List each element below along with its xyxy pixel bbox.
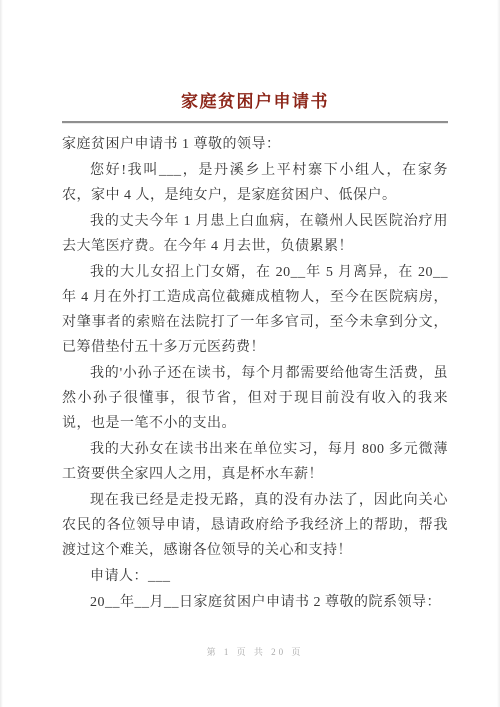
paragraph: 家庭贫困户申请书 1 尊敬的领导： [62,132,448,157]
page-left-edge [0,0,3,707]
document-body: 家庭贫困户申请书 1 尊敬的领导：您好!我叫___，是丹溪乡上平村寨下小组人，在… [62,132,448,615]
paragraph: 现在我已经是走投无路，真的没有办法了，因此向关心农民的各位领导申请，恳请政府给予… [62,488,448,563]
page-number-indicator: 第 1 页 共 20 页 [62,645,448,658]
paragraph: 我的丈夫今年 1 月患上白血病，在赣州人民医院治疗用去大笔医疗费。在今年 4 月… [62,209,448,259]
document-title: 家庭贫困户申请书 [62,92,448,111]
document-content: 家庭贫困户申请书 家庭贫困户申请书 1 尊敬的领导：您好!我叫___，是丹溪乡上… [62,0,448,707]
document-page: 家庭贫困户申请书 家庭贫困户申请书 1 尊敬的领导：您好!我叫___，是丹溪乡上… [0,0,500,707]
paragraph: 您好!我叫___，是丹溪乡上平村寨下小组人，在家务农，家中 4 人，是纯女户，是… [62,158,448,208]
title-divider [62,121,448,123]
paragraph: 我的'小孙子还在读书，每个月都需要给他寄生活费，虽然小孙子很懂事，很节省，但对于… [62,361,448,436]
paragraph: 我的大儿女招上门女婿，在 20__年 5 月离异，在 20__年 4 月在外打工… [62,260,448,360]
paragraph: 20__年__月__日家庭贫困户申请书 2 尊敬的院系领导： [62,590,448,615]
paragraph: 我的大孙女在读书出来在单位实习，每月 800 多元微薄工资要供全家四人之用，真是… [62,437,448,487]
paragraph: 申请人：___ [62,564,448,589]
